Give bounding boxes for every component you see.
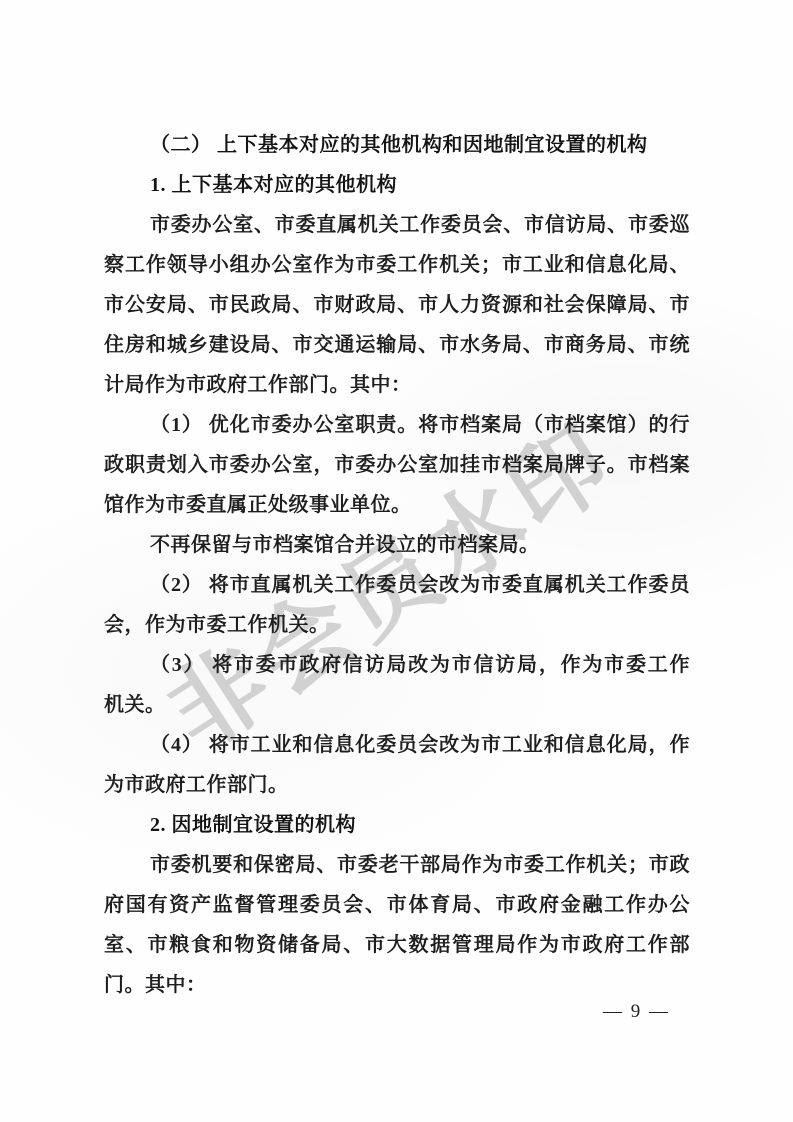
document-text-block: （二） 上下基本对应的其他机构和因地制宜设置的机构1. 上下基本对应的其他机构市… xyxy=(104,125,690,1005)
section-heading-line: （二） 上下基本对应的其他机构和因地制宜设置的机构 xyxy=(104,125,690,165)
text-line: 馆作为市委直属正处级事业单位。 xyxy=(104,485,690,525)
page-number: — 9 — xyxy=(603,1001,670,1023)
text-line: 会，作为市委工作机关。 xyxy=(104,605,690,645)
text-line: 政职责划入市委办公室，市委办公室加挂市档案局牌子。市档案 xyxy=(104,445,690,485)
text-line: 门。其中： xyxy=(104,965,690,1005)
text-line: 不再保留与市档案馆合并设立的市档案局。 xyxy=(104,525,690,565)
text-line: 察工作领导小组办公室作为市委工作机关；市工业和信息化局、 xyxy=(104,245,690,285)
text-line: 住房和城乡建设局、市交通运输局、市水务局、市商务局、市统 xyxy=(104,325,690,365)
text-line: （1） 优化市委办公室职责。将市档案局（市档案馆）的行 xyxy=(104,405,690,445)
document-page: 非会员水印 （二） 上下基本对应的其他机构和因地制宜设置的机构1. 上下基本对应… xyxy=(0,0,793,1122)
text-line: 为市政府工作部门。 xyxy=(104,765,690,805)
section-heading-line: 2. 因地制宜设置的机构 xyxy=(104,805,690,845)
text-line: 市公安局、市民政局、市财政局、市人力资源和社会保障局、市 xyxy=(104,285,690,325)
text-line: 市委办公室、市委直属机关工作委员会、市信访局、市委巡 xyxy=(104,205,690,245)
text-line: 市委机要和保密局、市委老干部局作为市委工作机关；市政 xyxy=(104,845,690,885)
text-line: （3） 将市委市政府信访局改为市信访局，作为市委工作 xyxy=(104,645,690,685)
text-line: 计局作为市政府工作部门。其中： xyxy=(104,365,690,405)
text-line: 机关。 xyxy=(104,685,690,725)
text-line: （4） 将市工业和信息化委员会改为市工业和信息化局，作 xyxy=(104,725,690,765)
text-line: 室、市粮食和物资储备局、市大数据管理局作为市政府工作部 xyxy=(104,925,690,965)
section-heading-line: 1. 上下基本对应的其他机构 xyxy=(104,165,690,205)
text-line: 府国有资产监督管理委员会、市体育局、市政府金融工作办公 xyxy=(104,885,690,925)
text-line: （2） 将市直属机关工作委员会改为市委直属机关工作委员 xyxy=(104,565,690,605)
